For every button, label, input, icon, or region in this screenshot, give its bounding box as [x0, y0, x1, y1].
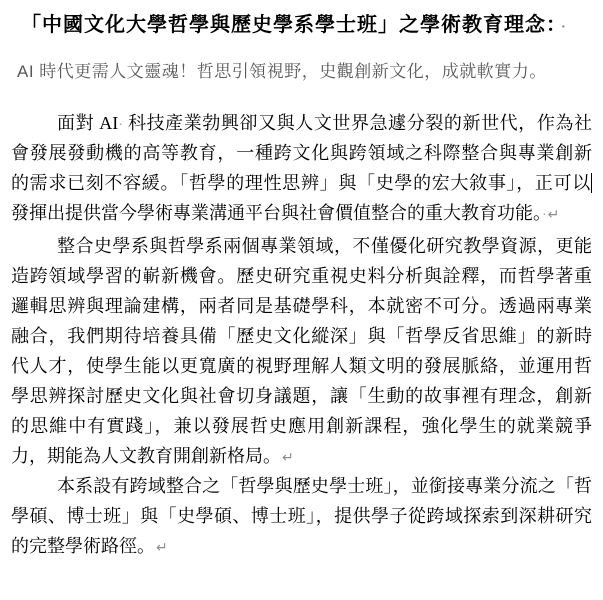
paragraph-return-icon: ↵: [282, 450, 294, 466]
text-line[interactable]: 的完整學術路徑。↵: [11, 531, 592, 561]
text-run: 的思維中有實踐」，兼以發展哲史應用創新課程，強化學生的就業競爭: [11, 416, 592, 436]
space-mark-icon: ·: [542, 208, 547, 223]
text-line[interactable]: 學碩、博士班」與「史學碩、博士班」，提供學子從跨域探索到深耕研究: [11, 501, 592, 531]
text-run: 整合史學系與哲學系兩個專業領域，不僅優化研究教學資源，更能創: [57, 236, 592, 261]
text-run: 的需求已刻不容緩。「哲學的理性思辨」與「史學的宏大敘事」，正可以: [11, 173, 591, 193]
paragraph-return-icon: ↵: [548, 207, 560, 223]
text-run: 科技產業勃興卻又與人文世界急遽分裂的新世代，作為社: [123, 113, 592, 133]
text-run: 造跨領域學習的嶄新機會。歷史研究重視史料分析與詮釋，而哲學著重: [11, 266, 592, 286]
text-run: 代人才，使學生能以更寬廣的視野理解人類文明的發展脈絡，並運用哲: [11, 356, 592, 376]
text-cursor: [591, 173, 592, 193]
document-content-area[interactable]: 「中國文化大學哲學與歷史學系學士班」之學術教育理念：· AI 時代更需人文靈魂！…: [0, 10, 603, 561]
text-run: 力，期能為人文教育開創新格局。: [11, 446, 281, 466]
text-run: 融合，我們期待培養具備「歷史文化縱深」與「哲學反省思維」的新時: [11, 326, 592, 346]
text-line[interactable]: 力，期能為人文教育開創新格局。↵: [11, 441, 592, 471]
text-run: 發揮出提供當今學術專業溝通平台與社會價值整合的重大教育功能。: [11, 203, 542, 223]
text-line[interactable]: 整合史學系與哲學系兩個專業領域，不僅優化研究教學資源，更能創: [11, 231, 592, 261]
text-line[interactable]: 邏輯思辨與理論建構，兩者同是基礎學科，本就密不可分。透過兩專業: [11, 291, 592, 321]
document-page: { "colors": { "page_bg": "#ffffff", "bod…: [0, 0, 603, 600]
paragraph[interactable]: 本系設有跨域整合之「哲學與歷史學士班」，並銜接專業分流之「哲學碩、博士班」與「史…: [11, 471, 592, 561]
text-line[interactable]: 發揮出提供當今學術專業溝通平台與社會價值整合的重大教育功能。·↵: [11, 198, 592, 228]
text-line[interactable]: 的思維中有實踐」，兼以發展哲史應用創新課程，強化學生的就業競爭: [11, 411, 592, 441]
text-line[interactable]: 融合，我們期待培養具備「歷史文化縱深」與「哲學反省思維」的新時: [11, 321, 592, 351]
text-line[interactable]: 造跨領域學習的嶄新機會。歷史研究重視史料分析與詮釋，而哲學著重: [11, 261, 592, 291]
text-line[interactable]: 學思辨探討歷史文化與社會切身議題，讓「生動的故事裡有理念，創新: [11, 381, 592, 411]
text-line[interactable]: 的需求已刻不容緩。「哲學的理性思辨」與「史學的宏大敘事」，正可以: [11, 168, 592, 198]
paragraph[interactable]: 面對 AI· 科技產業勃興卻又與人文世界急遽分裂的新世代，作為社會發展發動機的高…: [11, 108, 592, 228]
document-body[interactable]: 面對 AI· 科技產業勃興卻又與人文世界急遽分裂的新世代，作為社會發展發動機的高…: [11, 108, 592, 561]
document-subtitle-text: AI 時代更需人文靈魂！哲思引領視野，史觀創新文化，成就軟實力。: [17, 62, 547, 81]
text-run: 面對 AI: [57, 113, 118, 133]
text-run: 學思辨探討歷史文化與社會切身議題，讓「生動的故事裡有理念，創新: [11, 386, 592, 406]
text-line[interactable]: 本系設有跨域整合之「哲學與歷史學士班」，並銜接專業分流之「哲: [11, 471, 592, 501]
paragraph-return-icon: ↵: [156, 540, 168, 556]
text-run: 學碩、博士班」與「史學碩、博士班」，提供學子從跨域探索到深耕研究: [11, 506, 592, 526]
text-line[interactable]: 面對 AI· 科技產業勃興卻又與人文世界急遽分裂的新世代，作為社: [11, 108, 592, 138]
text-line[interactable]: 會發展發動機的高等教育，一種跨文化與跨領域之科際整合與專業創新: [11, 138, 592, 168]
text-run: 會發展發動機的高等教育，一種跨文化與跨領域之科際整合與專業創新: [11, 143, 592, 163]
page-title[interactable]: 「中國文化大學哲學與歷史學系學士班」之學術教育理念：·: [11, 10, 592, 43]
space-mark-icon: ·: [561, 20, 567, 35]
text-run: 本系設有跨域整合之「哲學與歷史學士班」，並銜接專業分流之「哲: [57, 476, 592, 496]
page-title-text: 「中國文化大學哲學與歷史學系學士班」之學術教育理念：: [21, 14, 557, 36]
document-subtitle[interactable]: AI 時代更需人文靈魂！哲思引領視野，史觀創新文化，成就軟實力。: [11, 57, 592, 87]
text-run: 邏輯思辨與理論建構，兩者同是基礎學科，本就密不可分。透過兩專業: [11, 296, 592, 316]
paragraph[interactable]: 整合史學系與哲學系兩個專業領域，不僅優化研究教學資源，更能創造跨領域學習的嶄新機…: [11, 231, 592, 471]
text-line[interactable]: 代人才，使學生能以更寬廣的視野理解人類文明的發展脈絡，並運用哲: [11, 351, 592, 381]
text-run: 的完整學術路徑。: [11, 536, 155, 556]
